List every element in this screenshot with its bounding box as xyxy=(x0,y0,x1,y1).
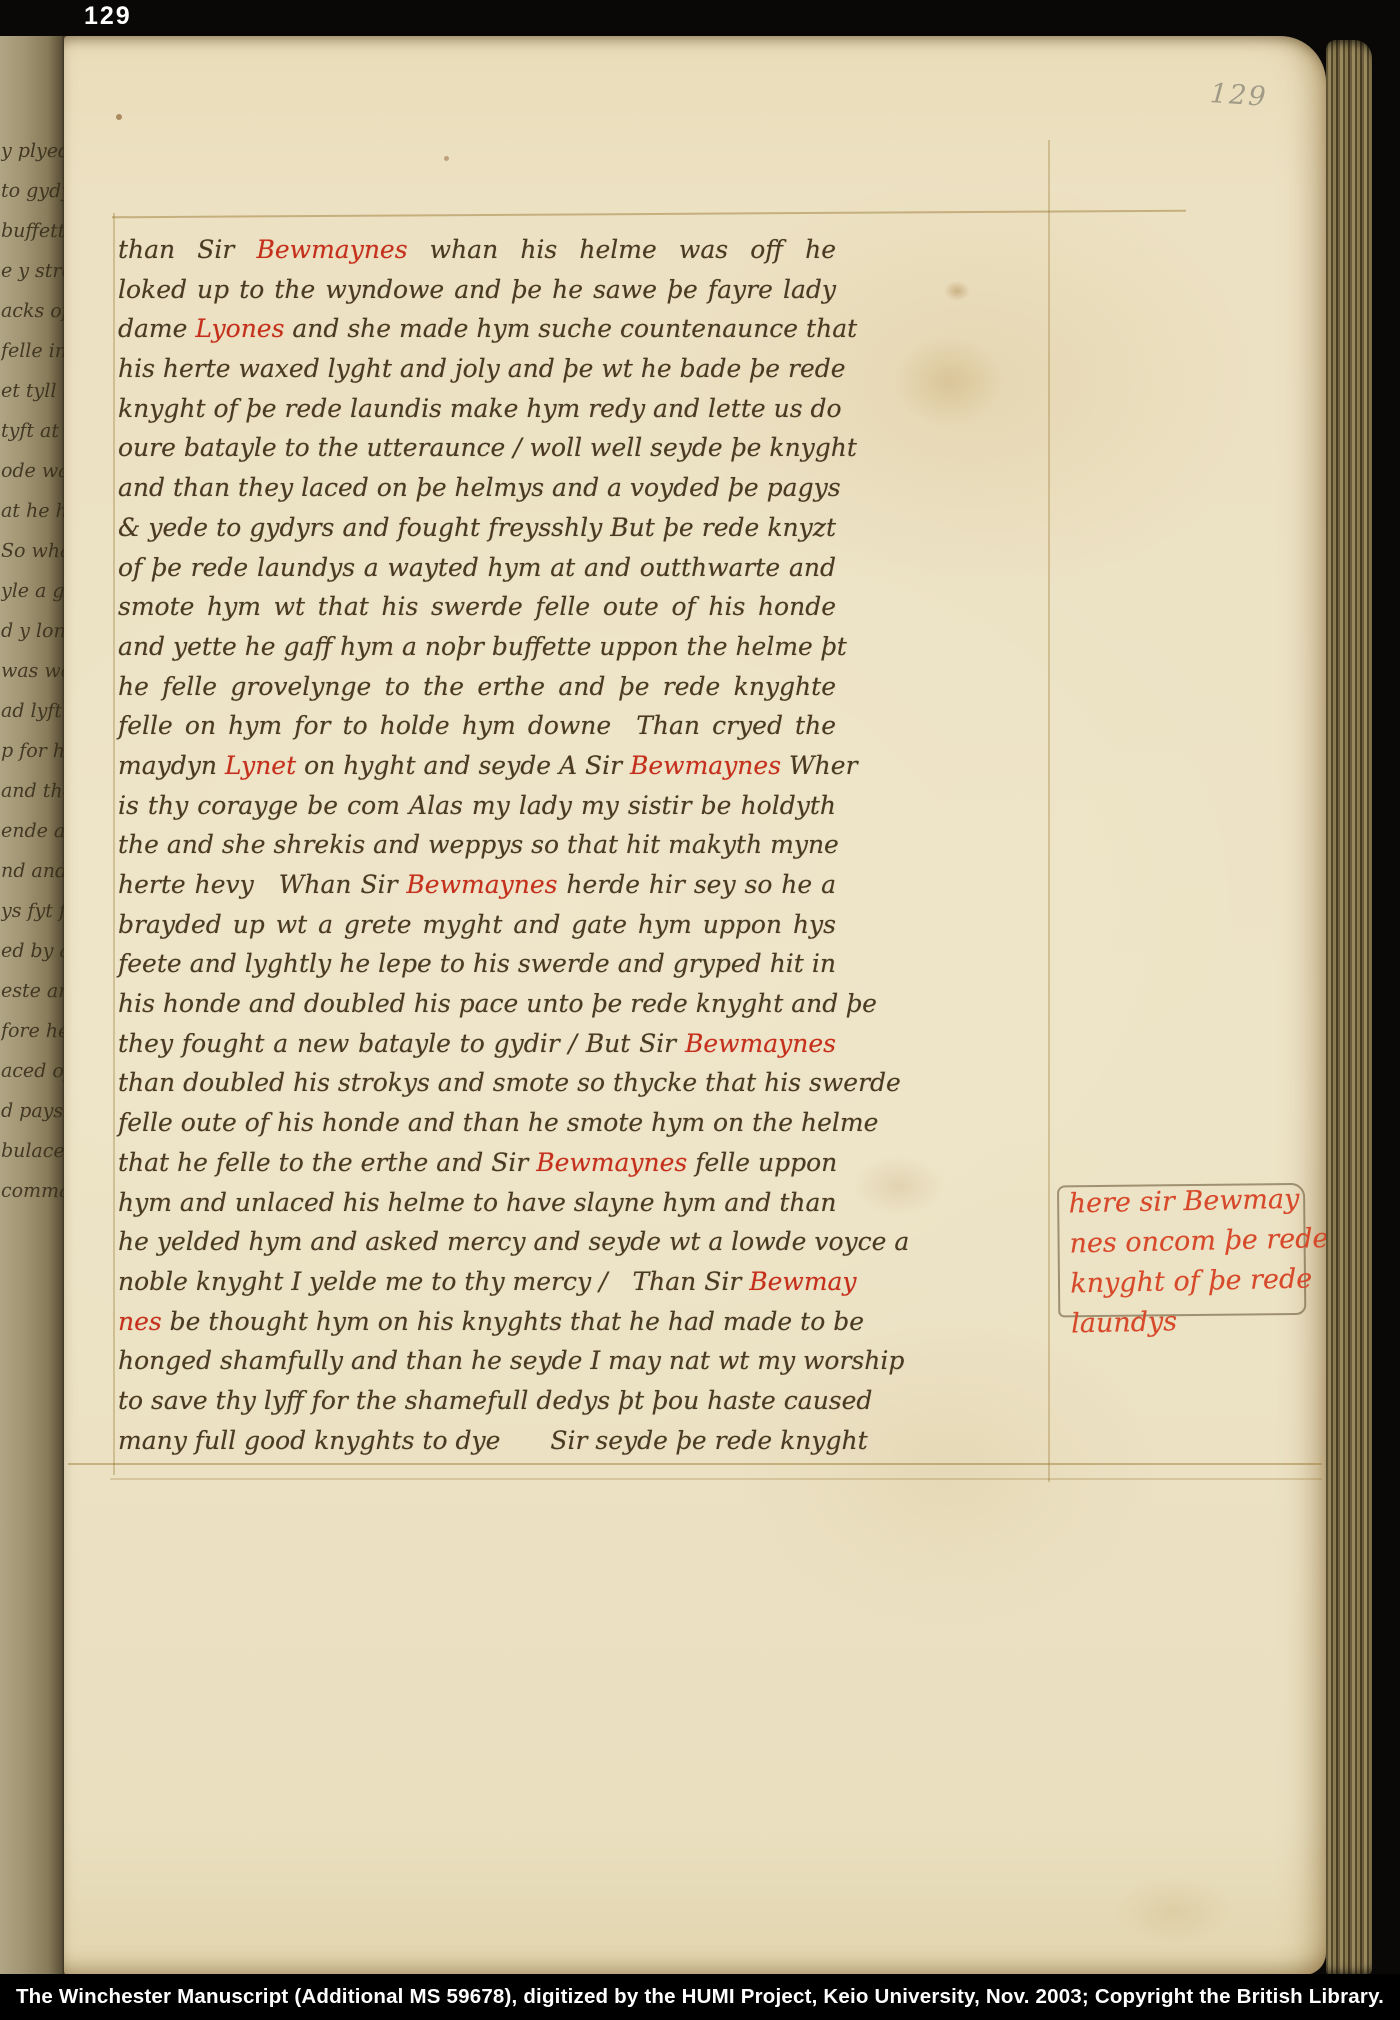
facing-page-text-fragment: to gydyr fyrst xyxy=(1,180,64,202)
manuscript-line: many full good knyghts to dye Sir seyde … xyxy=(118,1421,836,1461)
ink-text: they fought a new batayle to gydir / But… xyxy=(118,1029,685,1058)
rubric-text: Bewmay xyxy=(749,1267,856,1296)
manuscript-line: his honde and doubled his pace unto þe r… xyxy=(118,984,836,1024)
facing-page-text-fragment: p for henyn y xyxy=(1,740,64,762)
manuscript-line: he yelded hym and asked mercy and seyde … xyxy=(118,1222,836,1262)
manuscript-line: felle oute of his honde and than he smot… xyxy=(118,1103,836,1143)
ruling-line-left xyxy=(113,213,115,1475)
facing-page-text-fragment: was wone fro xyxy=(1,660,64,682)
ink-text: than doubled his strokys and smote so th… xyxy=(118,1068,901,1097)
ink-text: felle on hym for to holde hym downe Than… xyxy=(118,711,836,740)
facing-page-text-fragment: So whan they xyxy=(1,540,64,562)
facing-page-text-fragment: este and fo xyxy=(1,980,64,1002)
manuscript-page: 129 than Sir Bewmaynes whan his helme wa… xyxy=(64,36,1326,1975)
facing-page-text-fragment: buffettyd uppon xyxy=(1,220,64,242)
ink-text: and yette he gaff hym a noþr buffette up… xyxy=(118,632,847,661)
margin-note-line: nes oncom þe rede xyxy=(1057,1219,1320,1264)
facing-page-text-fragment: y plyed a fyne xyxy=(1,140,64,162)
ink-text: oure batayle to the utteraunce / woll we… xyxy=(118,433,857,462)
manuscript-line: brayded up wt a grete myght and gate hym… xyxy=(118,905,836,945)
margin-note-line: laundys xyxy=(1059,1299,1322,1344)
manuscript-line: honged shamfully and than he seyde I may… xyxy=(118,1341,836,1381)
manuscript-line: oure batayle to the utteraunce / woll we… xyxy=(118,428,836,468)
folio-number-overlay: 129 xyxy=(84,2,132,31)
rubric-text: Lyones xyxy=(195,314,284,343)
facing-page-text-fragment: ode waggyng xyxy=(1,460,64,482)
manuscript-line: he felle grovelynge to the erthe and þe … xyxy=(118,667,836,707)
facing-page-text-fragment: ed by a ferde xyxy=(1,940,64,962)
caption-bar: The Winchester Manuscript (Additional MS… xyxy=(0,1974,1400,2020)
ink-text: to save thy lyff for the shamefull dedys… xyxy=(118,1386,872,1415)
manuscript-line: felle on hym for to holde hym downe Than… xyxy=(118,706,836,746)
facing-page-text-fragment: fore he fyht xyxy=(1,1020,64,1042)
ink-text: and she made hym suche countenaunce that xyxy=(284,314,857,343)
ink-text: many full good knyghts to dye Sir seyde … xyxy=(118,1426,868,1455)
facing-page-text-fragment: yle a gayne xyxy=(1,580,64,602)
ink-text: hym and unlaced his helme to have slayne… xyxy=(118,1188,837,1217)
manuscript-line: that he felle to the erthe and Sir Bewma… xyxy=(118,1143,836,1183)
caption-text: The Winchester Manuscript (Additional MS… xyxy=(16,1985,1384,2009)
ink-text: feete and lyghtly he lepe to his swerde … xyxy=(118,949,836,978)
manuscript-line: than Sir Bewmaynes whan his helme was of… xyxy=(118,230,836,270)
facing-page-text-fragment: acks of off and xyxy=(1,300,64,322)
margin-rubric-note: here sir Bewmaynes oncom þe redeknyght o… xyxy=(1056,1179,1321,1352)
facing-page-text-fragment: at he helde th xyxy=(1,500,64,522)
margin-note-line: knyght of þe rede xyxy=(1058,1259,1321,1304)
manuscript-line: and yette he gaff hym a noþr buffette up… xyxy=(118,627,836,667)
rubric-text: Bewmaynes xyxy=(630,751,781,780)
rubric-text: Bewmaynes xyxy=(406,870,557,899)
manuscript-line: noble knyght I yelde me to thy mercy / T… xyxy=(118,1262,836,1302)
manuscript-line: is thy corayge be com Alas my lady my si… xyxy=(118,786,836,826)
facing-page-text-fragment: et tyll hit wa xyxy=(1,380,64,402)
ink-text: & yede to gydyrs and fought freysshly Bu… xyxy=(118,513,836,542)
ink-text: is thy corayge be com Alas my lady my si… xyxy=(118,791,836,820)
facing-page-text-fragment: commaundeme xyxy=(1,1180,64,1202)
manuscript-line: & yede to gydyrs and fought freysshly Bu… xyxy=(118,508,836,548)
ink-text: herte hevy Whan Sir xyxy=(118,870,406,899)
manuscript-line: herte hevy Whan Sir Bewmaynes herde hir … xyxy=(118,865,836,905)
ink-text: whan his helme was off he xyxy=(408,235,836,264)
parchment-stain xyxy=(1114,1876,1234,1946)
facing-page-text-fragment: ad lyft to y xyxy=(1,700,64,722)
ink-text: noble knyght I yelde me to thy mercy / T… xyxy=(118,1267,749,1296)
facing-page-text-fragment: and they lowed xyxy=(1,780,64,802)
ink-text: Wher xyxy=(781,751,858,780)
manuscript-line: maydyn Lynet on hyght and seyde A Sir Be… xyxy=(118,746,836,786)
margin-note-line: here sir Bewmay xyxy=(1056,1179,1319,1224)
manuscript-line: loked up to the wyndowe and þe he sawe þ… xyxy=(118,270,836,310)
rubric-text: Bewmaynes xyxy=(257,235,408,264)
ink-text: and than they laced on þe helmys and a v… xyxy=(118,473,841,502)
facing-page-text-fragment: ende and y rede xyxy=(1,820,64,842)
manuscript-line: his herte waxed lyght and joly and þe wt… xyxy=(118,349,836,389)
parchment-stain xyxy=(944,281,970,301)
facing-page-text-fragment: ys fyt fyft xyxy=(1,900,64,922)
facing-page-text-fragment: d y lond and xyxy=(1,620,64,642)
ink-text: maydyn xyxy=(118,751,225,780)
handwritten-folio-number: 129 xyxy=(1209,78,1269,113)
manuscript-line: to save thy lyff for the shamefull dedys… xyxy=(118,1381,836,1421)
manuscript-line: than doubled his strokys and smote so th… xyxy=(118,1063,836,1103)
manuscript-line: hym and unlaced his helme to have slayne… xyxy=(118,1183,836,1223)
facing-page-text-fragment: d pays was f xyxy=(1,1100,64,1122)
manuscript-line: feete and lyghtly he lepe to his swerde … xyxy=(118,944,836,984)
ink-speck xyxy=(116,114,122,120)
ink-text: be thought hym on his knyghts that he ha… xyxy=(162,1307,864,1336)
scan-background: 129 y plyed a fyneto gydyr fyrstbuffetty… xyxy=(0,0,1400,2020)
rubric-text: Lynet xyxy=(225,751,296,780)
parchment-stain xyxy=(894,336,1004,426)
facing-page-text-fragment: tyft at þe laste t xyxy=(1,420,64,442)
ink-text: of þe rede laundys a wayted hym at and o… xyxy=(118,553,836,582)
parchment-stain xyxy=(854,1156,944,1216)
manuscript-line: knyght of þe rede laundis make hym redy … xyxy=(118,389,836,429)
ink-text: on hyght and seyde A Sir xyxy=(296,751,630,780)
rubric-text: Bewmaynes xyxy=(685,1029,836,1058)
ink-text: felle uppon xyxy=(687,1148,837,1177)
facing-page-text-fragment: aced offyr fe xyxy=(1,1060,64,1082)
ink-text: than Sir xyxy=(118,235,257,264)
manuscript-line: smote hym wt that his swerde felle oute … xyxy=(118,587,836,627)
facing-page-edge: y plyed a fyneto gydyr fyrstbuffettyd up… xyxy=(0,36,64,1975)
ink-text: dame xyxy=(118,314,195,343)
ink-text: brayded up wt a grete myght and gate hym… xyxy=(118,910,836,939)
ink-text: loked up to the wyndowe and þe he sawe þ… xyxy=(118,275,836,304)
manuscript-line: nes be thought hym on his knyghts that h… xyxy=(118,1302,836,1342)
ink-speck xyxy=(444,156,449,161)
ink-text: he yelded hym and asked mercy and seyde … xyxy=(118,1227,909,1256)
ink-text: knyght of þe rede laundis make hym redy … xyxy=(118,394,842,423)
ink-text: that he felle to the erthe and Sir xyxy=(118,1148,536,1177)
rubric-text: nes xyxy=(118,1307,162,1336)
facing-page-text-fragment: nd and ther sm xyxy=(1,860,64,882)
ink-text: the and she shrekis and weppys so that h… xyxy=(118,830,839,859)
ruling-line-bottom-2 xyxy=(110,1478,1322,1480)
manuscript-line: they fought a new batayle to gydir / But… xyxy=(118,1024,836,1064)
manuscript-line: the and she shrekis and weppys so that h… xyxy=(118,825,836,865)
facing-page-text-fragment: e y strokys xyxy=(1,260,64,282)
ink-text: he felle grovelynge to the erthe and þe … xyxy=(118,672,836,701)
ink-text: his honde and doubled his pace unto þe r… xyxy=(118,989,877,1018)
ink-text: honged shamfully and than he seyde I may… xyxy=(118,1346,904,1375)
ruling-line-top xyxy=(112,210,1186,218)
facing-page-text-fragment: felle in the felde xyxy=(1,340,64,362)
ruling-line-bottom xyxy=(68,1463,1322,1465)
facing-page-text-fragment: bulace þe xyxy=(1,1140,64,1162)
ink-text: herde hir sey so he a xyxy=(557,870,836,899)
rubric-text: Bewmaynes xyxy=(536,1148,687,1177)
ink-text: felle oute of his honde and than he smot… xyxy=(118,1108,878,1137)
manuscript-line: and than they laced on þe helmys and a v… xyxy=(118,468,836,508)
book-fore-edge xyxy=(1326,40,1372,1975)
manuscript-line: of þe rede laundys a wayted hym at and o… xyxy=(118,548,836,588)
manuscript-text-block: than Sir Bewmaynes whan his helme was of… xyxy=(118,230,836,1460)
ink-text: smote hym wt that his swerde felle oute … xyxy=(118,592,836,621)
ink-text: his herte waxed lyght and joly and þe wt… xyxy=(118,354,846,383)
ruling-line-right xyxy=(1048,140,1050,1482)
manuscript-line: dame Lyones and she made hym suche count… xyxy=(118,309,836,349)
